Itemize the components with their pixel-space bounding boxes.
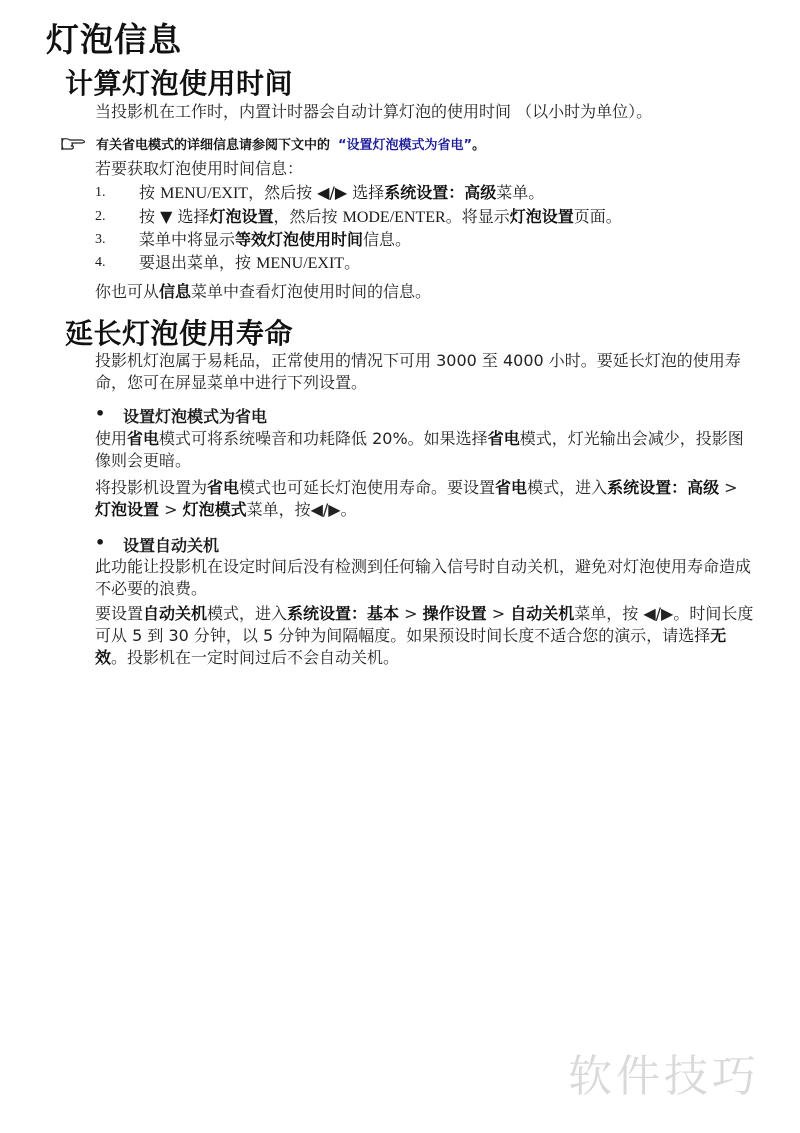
step-number: 1.	[95, 182, 139, 206]
text-run: 。	[344, 253, 360, 272]
text-run: 模式也可延长灯泡使用寿命。要设置	[239, 478, 495, 497]
steps-list: 1.按 MENU/EXIT，然后按 ◀/▶ 选择系统设置：高级菜单。2.按 ▼ …	[95, 182, 622, 275]
page-title: 灯泡信息	[46, 14, 182, 61]
text-run: MODE/ENTER	[343, 209, 446, 226]
step-text: 要退出菜单，按 MENU/EXIT。	[139, 252, 360, 276]
text-run: 使用	[95, 429, 127, 448]
bold-term: 自动关机	[143, 604, 207, 623]
text-run: ，然后按 ◀/▶ 选择	[248, 183, 384, 202]
text-run: 。将显示	[446, 207, 510, 226]
bullet-auto-off-paragraph-1: 此功能让投影机在设定时间后没有检测到任何输入信号时自动关机，避免对灯泡使用寿命造…	[95, 556, 755, 600]
bold-term: 系统设置：高级	[384, 183, 496, 202]
bullet-auto-off: • 设置自动关机	[95, 533, 219, 556]
step-item: 2.按 ▼ 选择灯泡设置，然后按 MODE/ENTER。将显示灯泡设置页面。	[95, 206, 622, 230]
bold-term: 操作设置	[423, 604, 487, 623]
step-text: 菜单中将显示等效灯泡使用时间信息。	[139, 229, 411, 252]
step-number: 3.	[95, 229, 139, 252]
bold-term: 省电	[127, 429, 159, 448]
bold-term: 省电	[495, 478, 527, 497]
text-run: 模式，进入	[207, 604, 287, 623]
step-number: 4.	[95, 252, 139, 276]
text-run: >	[159, 500, 183, 519]
section-heading-lamp-hours: 计算灯泡使用时间	[65, 62, 293, 102]
text-run: 按 ▼ 选择	[139, 207, 209, 226]
bullet-eco-mode: • 设置灯泡模式为省电	[95, 404, 267, 427]
step-text: 按 MENU/EXIT，然后按 ◀/▶ 选择系统设置：高级菜单。	[139, 182, 544, 206]
text-run: 按	[139, 183, 160, 202]
text-run: 页面。	[574, 207, 622, 226]
text-run: >	[719, 478, 738, 497]
note: 有关省电模式的详细信息请参阅下文中的 “设置灯泡模式为省电” 。	[60, 134, 485, 153]
section1-outro: 你也可从信息菜单中查看灯泡使用时间的信息。	[95, 281, 431, 303]
step-text: 按 ▼ 选择灯泡设置，然后按 MODE/ENTER。将显示灯泡设置页面。	[139, 206, 622, 230]
note-link[interactable]: “设置灯泡模式为省电”	[338, 134, 472, 153]
step-item: 1.按 MENU/EXIT，然后按 ◀/▶ 选择系统设置：高级菜单。	[95, 182, 622, 206]
bold-term: 省电	[488, 429, 520, 448]
bold-term: 等效灯泡使用时间	[235, 230, 363, 249]
section1-lead: 若要获取灯泡使用时间信息：	[95, 158, 303, 180]
text-run: 菜单中查看灯泡使用时间的信息。	[191, 282, 431, 301]
text-run: MENU/EXIT	[256, 255, 344, 272]
bold-term: 灯泡模式	[183, 500, 247, 519]
note-suffix: 。	[472, 134, 485, 153]
bullet-title: 设置自动关机	[123, 533, 219, 556]
section1-intro: 当投影机在工作时，内置计时器会自动计算灯泡的使用时间 （以小时为单位）。	[95, 101, 652, 123]
text-run: 菜单，按◀/▶。	[247, 500, 357, 519]
bold-term: 灯泡设置	[510, 207, 574, 226]
note-text: 有关省电模式的详细信息请参阅下文中的	[96, 134, 330, 153]
text-run: ，然后按	[274, 207, 343, 226]
text-run: 此功能让投影机在设定时间后没有检测到任何输入信号时自动关机，避免对灯泡使用寿命造…	[95, 557, 751, 598]
bullet-icon: •	[95, 533, 123, 556]
bullet-title: 设置灯泡模式为省电	[123, 404, 267, 427]
bullet-icon: •	[95, 404, 123, 427]
bold-term: 灯泡设置	[209, 207, 273, 226]
text-run: 要退出菜单，按	[139, 253, 256, 272]
step-item: 4.要退出菜单，按 MENU/EXIT。	[95, 252, 622, 276]
text-run: >	[487, 604, 511, 623]
text-run: 。投影机在一定时间过后不会自动关机。	[111, 648, 399, 667]
text-run: 信息。	[363, 230, 411, 249]
watermark: 软件技巧	[568, 1040, 760, 1104]
text-run: >	[399, 604, 423, 623]
bullet-auto-off-paragraph-2: 要设置自动关机模式，进入系统设置：基本 > 操作设置 > 自动关机菜单，按 ◀/…	[95, 603, 755, 669]
section2-intro: 投影机灯泡属于易耗品，正常使用的情况下可用 3000 至 4000 小时。要延长…	[95, 350, 755, 394]
bold-term: 灯泡设置	[95, 500, 159, 519]
bold-term: 省电	[207, 478, 239, 497]
text-run: 菜单中将显示	[139, 230, 235, 249]
step-number: 2.	[95, 206, 139, 230]
text-run: 将投影机设置为	[95, 478, 207, 497]
text-run: 要设置	[95, 604, 143, 623]
text-run: 你也可从	[95, 282, 159, 301]
text-run: 模式，进入	[527, 478, 607, 497]
pointing-hand-icon	[60, 135, 90, 153]
bold-term: 信息	[159, 282, 191, 301]
section-heading-extend-life: 延长灯泡使用寿命	[65, 312, 293, 352]
text-run: 菜单。	[496, 183, 544, 202]
bullet-eco-paragraph-1: 使用省电模式可将系统噪音和功耗降低 20%。如果选择省电模式，灯光输出会减少，投…	[95, 428, 755, 472]
bold-term: 系统设置：高级	[607, 478, 719, 497]
text-run: MENU/EXIT	[160, 185, 248, 202]
bold-term: 系统设置：基本	[287, 604, 399, 623]
step-item: 3.菜单中将显示等效灯泡使用时间信息。	[95, 229, 622, 252]
bullet-eco-paragraph-2: 将投影机设置为省电模式也可延长灯泡使用寿命。要设置省电模式，进入系统设置：高级 …	[95, 477, 755, 521]
text-run: 模式可将系统噪音和功耗降低 20%。如果选择	[159, 429, 488, 448]
bold-term: 自动关机	[510, 604, 574, 623]
